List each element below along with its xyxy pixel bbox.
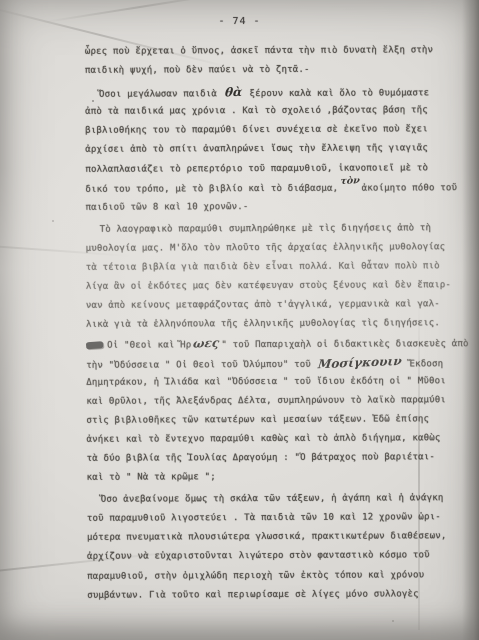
paragraph: Τὸ λαογραφικὸ παραμύθι συμπληρώθηκε μὲ τ… [86, 219, 439, 488]
text-line: καὶ Θρῦλοι, τῆς Ἀλεξάνδρας Δέλτα, συμπλη… [86, 391, 438, 412]
text-line: Ὅσο ἀνεβαίνομε ὅμως τὴ σκάλα τῶν τάξεων,… [87, 489, 439, 510]
typed-text: παραμυθιοῦ, στὴν ὁμιχλώδη περιοχὴ τῶν ἐκ… [87, 570, 424, 581]
text-line: συμβάντων. Γιὰ τοῦτο καὶ περιωρίσαμε σὲ … [87, 585, 439, 606]
paragraph: ὧρες ποὺ ἔρχεται ὁ ὕπνος, ἀσκεῖ πάντα τὴ… [85, 41, 437, 81]
text-line: βιβλιοθήκης του τὸ παραμύθι δίνει συνέχε… [85, 121, 437, 142]
text-line: ἀπὸ τὰ παιδικά μας χρόνια . Καὶ τὸ σχολε… [85, 102, 437, 123]
text-line: ἀνήκει καὶ τὸ ἔντεχνο παραμύθι καθὼς καὶ… [86, 429, 438, 450]
text-line: Οἱ "Θεοὶ καὶ Ἥρωες" τοῦ Παπαριχαὴλ οἱ δι… [86, 334, 438, 355]
typed-text: Οἱ "Θεοὶ καὶ Ἥρ [107, 341, 191, 351]
typed-text: ἀρχίζουν νὰ εὐχαριστοῦνται λιγώτερο στὸν… [87, 551, 430, 562]
typed-text: στὶς βιβλιοθῆκες τῶν κατωτέρων καὶ μεσαί… [86, 414, 429, 425]
typed-text: καὶ τὸ " Νὰ τὰ κρῶμε "; [87, 472, 216, 483]
typed-text: τοῦ παραμυθιοῦ λιγοστεύει . Τὰ παιδιὰ τῶ… [87, 512, 441, 524]
typed-text: μότερα πνευματικὰ πλουσιώτερα γλωσσικά, … [87, 532, 447, 544]
typed-text: Δημητράκου, ἡ Ἰλιάδα καὶ "Ὀδύσσεια " τοῦ… [86, 376, 446, 388]
paragraph: Ὅσοι μεγάλωσαν παιδιὰ θὰ ξέρουν καλὰ καὶ… [85, 82, 438, 217]
text-line: λικὰ γιὰ τὰ ἑλληνόπουλα τῆς ἑλληνικῆς μυ… [86, 315, 438, 336]
text-line: δικό του τρόπο, μὲ τὸ βιβλίο καὶ τὸ διάβ… [85, 178, 437, 199]
handwritten-insertion: τὸν [337, 171, 362, 191]
text-line: παραμυθιοῦ, στὴν ὁμιχλώδη περιοχὴ τῶν ἐκ… [87, 566, 439, 587]
handwritten-word: ωες [190, 334, 222, 354]
typed-text: τὴν "Ὀδύσσεια " Οἱ Θεοὶ τοῦ Ὀλύμπου" τοῦ [86, 359, 316, 370]
typed-text: ναν ἀπὸ κείνους μεταφράζοντας ἀπὸ τ'ἀγγλ… [86, 299, 440, 311]
typed-text: παιδικὴ ψυχή, ποὺ δὲν παύει νὰ τὸ ζητᾶ.- [85, 65, 310, 76]
text-line: Δημητράκου, ἡ Ἰλιάδα καὶ "Ὀδύσσεια " τοῦ… [86, 372, 438, 393]
text-line: παιδιοῦ τῶν 8 καὶ 10 χρονῶν.- [85, 197, 437, 218]
typed-text: ἀπὸ τὰ παιδικά μας χρόνια . Καὶ τὸ σχολε… [85, 106, 428, 117]
text-line: Ὅσοι μεγάλωσαν παιδιὰ θὰ ξέρουν καλὰ καὶ… [85, 82, 437, 103]
typed-text: ἀνήκει καὶ τὸ ἔντεχνο παραμύθι καθὼς καὶ… [86, 433, 440, 445]
paragraph: Ὅσο ἀνεβαίνομε ὅμως τὴ σκάλα τῶν τάξεων,… [87, 489, 439, 605]
typed-text: τὰ δύο βιβλία τῆς Ἰουλίας Δραγούμη : "Ὁ … [87, 452, 435, 464]
typed-text: πολλαπλασιάζει τὸ ρεπερτόριο τοῦ παραμυθ… [85, 163, 428, 174]
text-line: στὶς βιβλιοθῆκες τῶν κατωτέρων καὶ μεσαί… [86, 410, 438, 431]
typed-text: ἀρχίσει ἀπὸ τὸ σπίτι ἀναπληρώνει ἴσως τὴ… [85, 144, 428, 155]
typed-text: Ὅσοι μεγάλωσαν παιδιὰ [99, 89, 223, 100]
typed-text: ἀκοίμητο πόθο τοῦ [362, 183, 458, 193]
typed-text: Τὸ λαογραφικὸ παραμύθι συμπληρώθηκε μὲ τ… [100, 223, 432, 234]
text-line: τὴν "Ὀδύσσεια " Οἱ Θεοὶ τοῦ Ὀλύμπου" τοῦ… [86, 353, 438, 374]
text-line: πολλαπλασιάζει τὸ ρεπερτόριο τοῦ παραμυθ… [85, 159, 437, 180]
typed-text: λικὰ γιὰ τὰ ἑλληνόπουλα τῆς ἑλληνικῆς μυ… [86, 319, 440, 331]
paper-fold-edge [462, 0, 479, 640]
text-line: λίγα ἂν οἱ ἐκδότες μας δὲν κατέφευγαν στ… [86, 276, 438, 297]
text-line: Τὸ λαογραφικὸ παραμύθι συμπληρώθηκε μὲ τ… [86, 219, 438, 240]
text-line: μότερα πνευματικὰ πλουσιώτερα γλωσσικά, … [87, 528, 439, 549]
typed-text: Ἔκδοση [404, 359, 443, 369]
text-line: τὰ τέτοια βιβλία γιὰ παιδιὰ δὲν εἶναι πο… [86, 257, 438, 278]
typed-text: ὧρες ποὺ ἔρχεται ὁ ὕπνος, ἀσκεῖ πάντα τὴ… [85, 45, 433, 57]
typed-text: Ὅσο ἀνεβαίνομε ὅμως τὴ σκάλα τῶν τάξεων,… [101, 493, 444, 504]
text-line: τὰ δύο βιβλία τῆς Ἰουλίας Δραγούμη : "Ὁ … [87, 448, 439, 469]
text-line: ὧρες ποὺ ἔρχεται ὁ ὕπνος, ἀσκεῖ πάντα τὴ… [85, 41, 437, 62]
handwritten-word: Μοσίγκουιν [315, 351, 405, 374]
handwritten-word: θὰ [222, 83, 245, 103]
text-line: ἀρχίσει ἀπὸ τὸ σπίτι ἀναπληρώνει ἴσως τὴ… [85, 140, 437, 161]
document-text: ὧρες ποὺ ἔρχεται ὁ ὕπνος, ἀσκεῖ πάντα τὴ… [85, 41, 439, 605]
text-line: καὶ τὸ " Νὰ τὰ κρῶμε "; [87, 467, 439, 488]
typed-text: τὰ τέτοια βιβλία γιὰ παιδιὰ δὲν εἶναι πο… [86, 261, 440, 273]
text-line: ναν ἀπὸ κείνους μεταφράζοντας ἀπὸ τ'ἀγγλ… [86, 295, 438, 316]
typed-text: ξέρουν καλὰ καὶ ὅλο τὸ θυμόμαστε [244, 88, 429, 99]
typed-text: καὶ Θρῦλοι, τῆς Ἀλεξάνδρας Δέλτα, συμπλη… [86, 395, 446, 407]
ink-scribble-icon [86, 342, 103, 350]
text-line: ἀρχίζουν νὰ εὐχαριστοῦνται λιγώτερο στὸν… [87, 547, 439, 568]
typed-text: βιβλιοθήκης του τὸ παραμύθι δίνει συνέχε… [85, 125, 428, 136]
scanned-page: - 74 - ὧρες ποὺ ἔρχεται ὁ ὕπνος, ἀσκεῖ π… [0, 0, 479, 640]
typed-text: συμβάντων. Γιὰ τοῦτο καὶ περιωρίσαμε σὲ … [87, 589, 419, 600]
typed-text: παιδιοῦ τῶν 8 καὶ 10 χρονῶν.- [85, 202, 248, 213]
typed-text: λίγα ἂν οἱ ἐκδότες μας δὲν κατέφευγαν στ… [86, 280, 451, 292]
typed-text: δικό του τρόπο, μὲ τὸ βιβλίο καὶ τὸ διάβ… [85, 183, 338, 194]
text-line: τοῦ παραμυθιοῦ λιγοστεύει . Τὰ παιδιὰ τῶ… [87, 508, 439, 529]
page-number: - 74 - [0, 16, 479, 27]
text-line: παιδικὴ ψυχή, ποὺ δὲν παύει νὰ τὸ ζητᾶ.- [85, 60, 437, 81]
typed-text: " τοῦ Παπαριχαὴλ οἱ διδακτικὲς διασκευὲς… [221, 340, 468, 351]
text-line: μυθολογία μας. Μ'ὅλο τὸν πλοῦτο τῆς ἀρχα… [86, 238, 438, 259]
typed-text: μυθολογία μας. Μ'ὅλο τὸν πλοῦτο τῆς ἀρχα… [86, 242, 446, 254]
